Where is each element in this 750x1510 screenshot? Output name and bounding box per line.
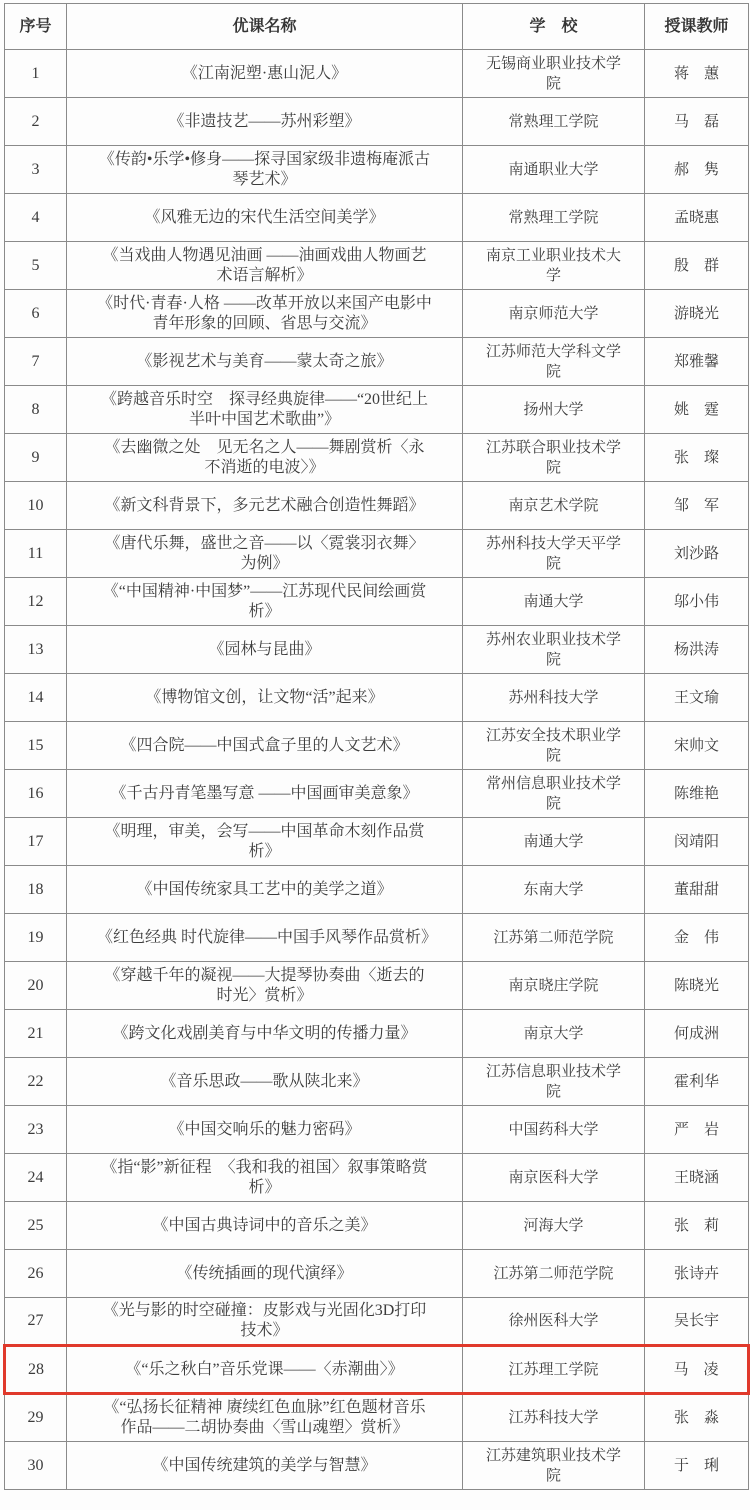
row-number: 25 (5, 1202, 67, 1250)
row-number: 26 (5, 1250, 67, 1298)
course-title: 《穿越千年的凝视——大提琴协奏曲〈逝去的时光〉赏析》 (67, 962, 463, 1010)
course-title: 《博物馆文创，让文物“活”起来》 (67, 674, 463, 722)
table-row: 18 《中国传统家具工艺中的美学之道》 东南大学 董甜甜 (5, 866, 749, 914)
document-page: 序号 优课名称 学 校 授课教师 1 《江南泥塑·惠山泥人》 无锡商业职业技术学… (0, 0, 750, 1510)
teacher-name: 何成洲 (645, 1010, 749, 1058)
school-name: 江苏建筑职业技术学院 (463, 1442, 645, 1490)
table-row: 22 《音乐思政——歌从陕北来》 江苏信息职业技术学院 霍利华 (5, 1058, 749, 1106)
course-title: 《中国传统家具工艺中的美学之道》 (67, 866, 463, 914)
school-name: 江苏第二师范学院 (463, 914, 645, 962)
row-number: 19 (5, 914, 67, 962)
course-title: 《唐代乐舞，盛世之音——以〈霓裳羽衣舞〉为例》 (67, 530, 463, 578)
table-row: 8 《跨越音乐时空 探寻经典旋律——“20世纪上半叶中国艺术歌曲”》 扬州大学 … (5, 386, 749, 434)
teacher-name: 游晓光 (645, 290, 749, 338)
table-row: 6 《时代·青春·人格 ——改革开放以来国产电影中青年形象的回顾、省思与交流》 … (5, 290, 749, 338)
course-title: 《四合院——中国式盒子里的人文艺术》 (67, 722, 463, 770)
row-number: 29 (5, 1394, 67, 1442)
school-name: 南通大学 (463, 578, 645, 626)
header-school: 学 校 (463, 4, 645, 50)
teacher-name: 金 伟 (645, 914, 749, 962)
school-name: 徐州医科大学 (463, 1298, 645, 1346)
school-name: 南京大学 (463, 1010, 645, 1058)
teacher-name: 刘沙路 (645, 530, 749, 578)
school-name: 南通大学 (463, 818, 645, 866)
table-row: 16 《千古丹青笔墨写意 ——中国画审美意象》 常州信息职业技术学院 陈维艳 (5, 770, 749, 818)
table-row: 24 《指“影”新征程 〈我和我的祖国〉叙事策略赏析》 南京医科大学 王晓涵 (5, 1154, 749, 1202)
row-number: 12 (5, 578, 67, 626)
table-row: 1 《江南泥塑·惠山泥人》 无锡商业职业技术学院 蒋 蕙 (5, 50, 749, 98)
row-number: 20 (5, 962, 67, 1010)
school-name: 南京师范大学 (463, 290, 645, 338)
row-number: 2 (5, 98, 67, 146)
row-number: 23 (5, 1106, 67, 1154)
teacher-name: 马 磊 (645, 98, 749, 146)
course-title: 《传统插画的现代演绎》 (67, 1250, 463, 1298)
teacher-name: 王文瑜 (645, 674, 749, 722)
teacher-name: 张 璨 (645, 434, 749, 482)
course-title: 《影视艺术与美育——蒙太奇之旅》 (67, 338, 463, 386)
school-name: 河海大学 (463, 1202, 645, 1250)
row-number: 14 (5, 674, 67, 722)
course-title: 《跨文化戏剧美育与中华文明的传播力量》 (67, 1010, 463, 1058)
teacher-name: 张 莉 (645, 1202, 749, 1250)
table-row: 13 《园林与昆曲》 苏州农业职业技术学院 杨洪涛 (5, 626, 749, 674)
teacher-name: 邬小伟 (645, 578, 749, 626)
table-row: 20 《穿越千年的凝视——大提琴协奏曲〈逝去的时光〉赏析》 南京晓庄学院 陈晓光 (5, 962, 749, 1010)
row-number: 11 (5, 530, 67, 578)
header-no: 序号 (5, 4, 67, 50)
row-number: 21 (5, 1010, 67, 1058)
school-name: 苏州农业职业技术学院 (463, 626, 645, 674)
course-title: 《“弘扬长征精神 赓续红色血脉”红色题材音乐作品——二胡协奏曲〈雪山魂塑〉赏析》 (67, 1394, 463, 1442)
table-row: 29 《“弘扬长征精神 赓续红色血脉”红色题材音乐作品——二胡协奏曲〈雪山魂塑〉… (5, 1394, 749, 1442)
row-number: 13 (5, 626, 67, 674)
teacher-name: 邹 军 (645, 482, 749, 530)
table-row: 26 《传统插画的现代演绎》 江苏第二师范学院 张诗卉 (5, 1250, 749, 1298)
row-number: 15 (5, 722, 67, 770)
teacher-name: 姚 霆 (645, 386, 749, 434)
row-number: 8 (5, 386, 67, 434)
course-title: 《中国交响乐的魅力密码》 (67, 1106, 463, 1154)
table-row: 10 《新文科背景下，多元艺术融合创造性舞蹈》 南京艺术学院 邹 军 (5, 482, 749, 530)
table-row: 11 《唐代乐舞，盛世之音——以〈霓裳羽衣舞〉为例》 苏州科技大学天平学院 刘沙… (5, 530, 749, 578)
table-row: 17 《明理，审美，会写——中国革命木刻作品赏析》 南通大学 闵靖阳 (5, 818, 749, 866)
row-number: 5 (5, 242, 67, 290)
course-title: 《传韵•乐学•修身——探寻国家级非遗梅庵派古琴艺术》 (67, 146, 463, 194)
teacher-name: 郝 隽 (645, 146, 749, 194)
course-title: 《时代·青春·人格 ——改革开放以来国产电影中青年形象的回顾、省思与交流》 (67, 290, 463, 338)
table-row: 14 《博物馆文创，让文物“活”起来》 苏州科技大学 王文瑜 (5, 674, 749, 722)
table-row: 19 《红色经典 时代旋律——中国手风琴作品赏析》 江苏第二师范学院 金 伟 (5, 914, 749, 962)
school-name: 南京晓庄学院 (463, 962, 645, 1010)
table-row: 28 《“乐之秋白”音乐党课——〈赤潮曲〉》 江苏理工学院 马 凌 (5, 1346, 749, 1394)
course-title: 《光与影的时空碰撞：皮影戏与光固化3D打印技术》 (67, 1298, 463, 1346)
header-row: 序号 优课名称 学 校 授课教师 (5, 4, 749, 50)
teacher-name: 吴长宇 (645, 1298, 749, 1346)
table-row: 30 《中国传统建筑的美学与智慧》 江苏建筑职业技术学院 于 琍 (5, 1442, 749, 1490)
row-number: 28 (5, 1346, 67, 1394)
course-table: 序号 优课名称 学 校 授课教师 1 《江南泥塑·惠山泥人》 无锡商业职业技术学… (3, 3, 750, 1490)
course-title: 《指“影”新征程 〈我和我的祖国〉叙事策略赏析》 (67, 1154, 463, 1202)
row-number: 7 (5, 338, 67, 386)
teacher-name: 于 琍 (645, 1442, 749, 1490)
row-number: 27 (5, 1298, 67, 1346)
teacher-name: 陈维艳 (645, 770, 749, 818)
row-number: 16 (5, 770, 67, 818)
course-title: 《跨越音乐时空 探寻经典旋律——“20世纪上半叶中国艺术歌曲”》 (67, 386, 463, 434)
teacher-name: 闵靖阳 (645, 818, 749, 866)
course-title: 《“中国精神·中国梦”——江苏现代民间绘画赏析》 (67, 578, 463, 626)
teacher-name: 王晓涵 (645, 1154, 749, 1202)
school-name: 常熟理工学院 (463, 194, 645, 242)
row-number: 4 (5, 194, 67, 242)
row-number: 10 (5, 482, 67, 530)
table-row: 2 《非遗技艺——苏州彩塑》 常熟理工学院 马 磊 (5, 98, 749, 146)
row-number: 30 (5, 1442, 67, 1490)
school-name: 江苏安全技术职业学院 (463, 722, 645, 770)
row-number: 3 (5, 146, 67, 194)
table-row: 9 《去幽微之处 见无名之人——舞剧赏析〈永不消逝的电波〉》 江苏联合职业技术学… (5, 434, 749, 482)
course-title: 《中国传统建筑的美学与智慧》 (67, 1442, 463, 1490)
teacher-name: 陈晓光 (645, 962, 749, 1010)
school-name: 扬州大学 (463, 386, 645, 434)
teacher-name: 霍利华 (645, 1058, 749, 1106)
row-number: 17 (5, 818, 67, 866)
table-row: 3 《传韵•乐学•修身——探寻国家级非遗梅庵派古琴艺术》 南通职业大学 郝 隽 (5, 146, 749, 194)
table-row: 21 《跨文化戏剧美育与中华文明的传播力量》 南京大学 何成洲 (5, 1010, 749, 1058)
course-title: 《千古丹青笔墨写意 ——中国画审美意象》 (67, 770, 463, 818)
teacher-name: 殷 群 (645, 242, 749, 290)
course-title: 《江南泥塑·惠山泥人》 (67, 50, 463, 98)
course-title: 《当戏曲人物遇见油画 ——油画戏曲人物画艺术语言解析》 (67, 242, 463, 290)
table-row: 23 《中国交响乐的魅力密码》 中国药科大学 严 岩 (5, 1106, 749, 1154)
school-name: 江苏信息职业技术学院 (463, 1058, 645, 1106)
school-name: 南京艺术学院 (463, 482, 645, 530)
school-name: 江苏师范大学科文学院 (463, 338, 645, 386)
school-name: 江苏科技大学 (463, 1394, 645, 1442)
course-title: 《红色经典 时代旋律——中国手风琴作品赏析》 (67, 914, 463, 962)
teacher-name: 孟晓惠 (645, 194, 749, 242)
table-row: 4 《风雅无边的宋代生活空间美学》 常熟理工学院 孟晓惠 (5, 194, 749, 242)
course-title: 《音乐思政——歌从陕北来》 (67, 1058, 463, 1106)
table-header: 序号 优课名称 学 校 授课教师 (5, 4, 749, 50)
course-title: 《非遗技艺——苏州彩塑》 (67, 98, 463, 146)
row-number: 18 (5, 866, 67, 914)
school-name: 南通职业大学 (463, 146, 645, 194)
teacher-name: 宋帅文 (645, 722, 749, 770)
school-name: 常熟理工学院 (463, 98, 645, 146)
school-name: 无锡商业职业技术学院 (463, 50, 645, 98)
course-title: 《明理，审美，会写——中国革命木刻作品赏析》 (67, 818, 463, 866)
row-number: 22 (5, 1058, 67, 1106)
teacher-name: 蒋 蕙 (645, 50, 749, 98)
school-name: 江苏第二师范学院 (463, 1250, 645, 1298)
school-name: 南京医科大学 (463, 1154, 645, 1202)
teacher-name: 马 凌 (645, 1346, 749, 1394)
row-number: 6 (5, 290, 67, 338)
table-row: 7 《影视艺术与美育——蒙太奇之旅》 江苏师范大学科文学院 郑雅馨 (5, 338, 749, 386)
school-name: 江苏理工学院 (463, 1346, 645, 1394)
teacher-name: 杨洪涛 (645, 626, 749, 674)
teacher-name: 张诗卉 (645, 1250, 749, 1298)
school-name: 江苏联合职业技术学院 (463, 434, 645, 482)
course-title: 《园林与昆曲》 (67, 626, 463, 674)
teacher-name: 张 淼 (645, 1394, 749, 1442)
row-number: 24 (5, 1154, 67, 1202)
course-title: 《风雅无边的宋代生活空间美学》 (67, 194, 463, 242)
table-row: 15 《四合院——中国式盒子里的人文艺术》 江苏安全技术职业学院 宋帅文 (5, 722, 749, 770)
course-title: 《去幽微之处 见无名之人——舞剧赏析〈永不消逝的电波〉》 (67, 434, 463, 482)
school-name: 东南大学 (463, 866, 645, 914)
school-name: 中国药科大学 (463, 1106, 645, 1154)
table-row: 12 《“中国精神·中国梦”——江苏现代民间绘画赏析》 南通大学 邬小伟 (5, 578, 749, 626)
table-row: 25 《中国古典诗词中的音乐之美》 河海大学 张 莉 (5, 1202, 749, 1250)
school-name: 常州信息职业技术学院 (463, 770, 645, 818)
course-title: 《新文科背景下，多元艺术融合创造性舞蹈》 (67, 482, 463, 530)
school-name: 苏州科技大学 (463, 674, 645, 722)
course-title: 《“乐之秋白”音乐党课——〈赤潮曲〉》 (67, 1346, 463, 1394)
teacher-name: 严 岩 (645, 1106, 749, 1154)
school-name: 南京工业职业技术大学 (463, 242, 645, 290)
header-title: 优课名称 (67, 4, 463, 50)
table-row: 27 《光与影的时空碰撞：皮影戏与光固化3D打印技术》 徐州医科大学 吴长宇 (5, 1298, 749, 1346)
row-number: 1 (5, 50, 67, 98)
table-body: 1 《江南泥塑·惠山泥人》 无锡商业职业技术学院 蒋 蕙 2 《非遗技艺——苏州… (5, 50, 749, 1490)
table-row: 5 《当戏曲人物遇见油画 ——油画戏曲人物画艺术语言解析》 南京工业职业技术大学… (5, 242, 749, 290)
row-number: 9 (5, 434, 67, 482)
header-teacher: 授课教师 (645, 4, 749, 50)
teacher-name: 董甜甜 (645, 866, 749, 914)
teacher-name: 郑雅馨 (645, 338, 749, 386)
course-title: 《中国古典诗词中的音乐之美》 (67, 1202, 463, 1250)
school-name: 苏州科技大学天平学院 (463, 530, 645, 578)
